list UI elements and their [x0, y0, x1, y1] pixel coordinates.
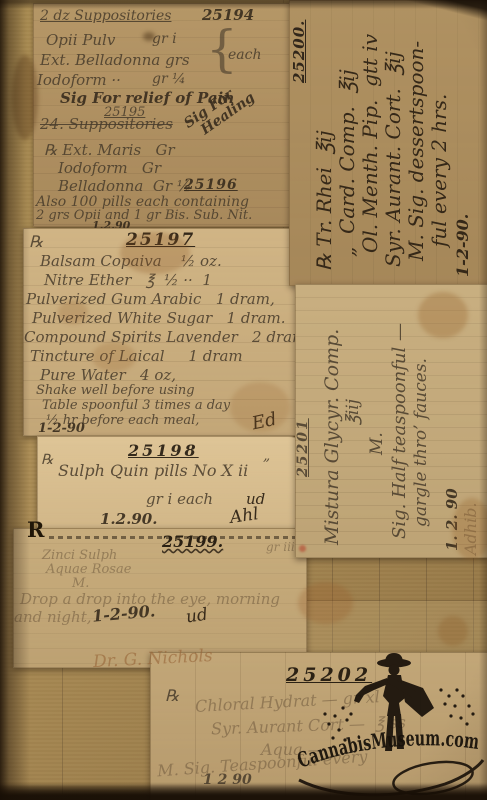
cannabis-museum-watermark: CannabisMuseum.com	[295, 650, 487, 800]
ledger-rule	[285, 600, 487, 601]
rx-line: Opii Pulv	[46, 32, 115, 48]
rx-note: ud	[185, 606, 209, 627]
rx-quantity: gr i	[152, 32, 177, 47]
rotated-text-block: 25200. ℞ Tr. Rhei ℥ij „ Card. Comp. ℥ij …	[290, 1, 487, 285]
prescription-slip-25194-96: 2 dz Suppositories 25194 Opii Pulv gr i …	[33, 3, 292, 227]
rx-line: Ol. Menth. Pip. gtt iv	[360, 34, 382, 253]
rx-date: 1-2-90.	[91, 602, 156, 625]
rx-number: 25198	[128, 442, 199, 459]
rx-line: Ext. Belladonna grs	[40, 52, 190, 68]
rx-line: Iodoform Gr	[58, 160, 161, 176]
watermark-text: CannabisMuseum.com	[295, 725, 481, 772]
prescription-slip-25198: 25198 ℞ Sulph Quin pills No X ii „ gr i …	[37, 436, 305, 534]
prescription-slip-25201: 25201 Mistura Glycyr. Comp. ℥iij M. Sig.…	[295, 284, 487, 558]
rx-line: ful every 2 hrs.	[429, 94, 451, 247]
rx-number: 25199.	[162, 533, 223, 550]
rx-date: 1. 2. 90	[444, 488, 460, 551]
rx-line: M. Sig. dessertspoon-	[406, 41, 428, 261]
rx-line: ℞ Ext. Maris Gr	[44, 142, 175, 158]
rx-line: Pulverized Gum Arabic 1 dram,	[26, 291, 275, 307]
prescription-slip-25199: 25199. gr iii Zinci Sulph Aquae Rosae M.…	[13, 528, 307, 668]
rx-quantity: gr ¼	[152, 72, 186, 87]
scrapbook-page: 2 dz Suppositories 25194 Opii Pulv gr i …	[0, 0, 487, 800]
rx-date: 1-2-90	[38, 422, 85, 436]
rx-line: Belladonna Gr ½	[58, 178, 191, 194]
rx-header: 2 dz Suppositories	[40, 9, 171, 24]
rx-date: 1.2.90.	[100, 511, 157, 527]
rx-line: Aquae Rosae	[46, 563, 131, 577]
rx-line: Mistura Glycyr. Comp.	[322, 329, 343, 545]
rx-line: Nitre Ether ℥ ½ ·· 1	[44, 272, 212, 288]
signature: Adhib.	[462, 502, 479, 555]
rx-header: 24. Suppositories	[40, 116, 173, 132]
rx-number: 25197	[126, 231, 195, 249]
rx-number: 25201	[296, 418, 311, 477]
rx-quantity: ℥iij	[344, 399, 362, 425]
ditto-mark: „	[263, 449, 270, 464]
rx-line: M.	[72, 577, 89, 591]
rx-line: Pulverized White Sugar 1 dram.	[32, 310, 286, 326]
rx-symbol: ℞	[29, 233, 43, 250]
rx-line: gargle thro’ fauces.	[412, 358, 430, 527]
rx-line: Compound Spirits Lavender 2 dram	[24, 329, 306, 345]
rx-number: 25196	[184, 178, 238, 193]
rx-date: 1-2-90.	[454, 214, 471, 277]
rx-line: Pure Water 4 oz,	[40, 367, 176, 383]
prescription-slip-25197: ℞ 25197 Balsam Copaiva ½ oz. Nitre Ether…	[23, 228, 303, 436]
rx-line: Sulph Quin pills No X ii	[58, 462, 248, 479]
signature: Ed	[250, 410, 278, 434]
rx-date: 1 2 90	[203, 773, 252, 788]
rx-line: Iodoform ··	[37, 72, 121, 88]
ledger-cell-shading	[285, 601, 487, 652]
rx-line: Table spoonful 3 times a day	[42, 399, 230, 413]
rx-line: Zinci Sulph	[42, 549, 117, 563]
rx-line: Syr. Aurant. Cort. ℥ij	[383, 51, 405, 267]
rx-line: 2 grs Opii and 1 gr Bis. Sub. Nit.	[36, 209, 252, 223]
rx-symbol: ℞	[165, 687, 179, 704]
svg-text:CannabisMuseum.com: CannabisMuseum.com	[295, 725, 481, 772]
printed-r-glyph: R	[27, 519, 44, 542]
rx-note: each	[228, 48, 262, 63]
ledger-rule	[62, 652, 63, 794]
stain	[438, 616, 468, 646]
rx-line: Sig. Half teaspoonful —	[390, 323, 409, 539]
rx-line: ℞ Tr. Rhei ℥ij	[314, 130, 336, 271]
rx-line: „ Card. Comp. ℥ij	[337, 69, 359, 257]
rx-line: M.	[368, 432, 386, 455]
rx-number: 25200.	[291, 20, 307, 83]
rx-line: Shake well before using	[36, 384, 195, 398]
rx-line: gr i each	[146, 491, 213, 507]
rx-quantity: gr iii	[266, 541, 295, 554]
rx-line: Balsam Copaiva ½ oz.	[40, 253, 222, 269]
prescription-slip-25200: 25200. ℞ Tr. Rhei ℥ij „ Card. Comp. ℥ij …	[289, 0, 487, 286]
signature: Ahl	[229, 505, 260, 527]
rotated-text-block: 25201 Mistura Glycyr. Comp. ℥iij M. Sig.…	[296, 285, 487, 557]
rx-symbol: ℞	[41, 453, 54, 468]
rx-line: Tincture of Laical 1 dram	[30, 348, 243, 364]
rx-line: and night,	[14, 609, 92, 625]
